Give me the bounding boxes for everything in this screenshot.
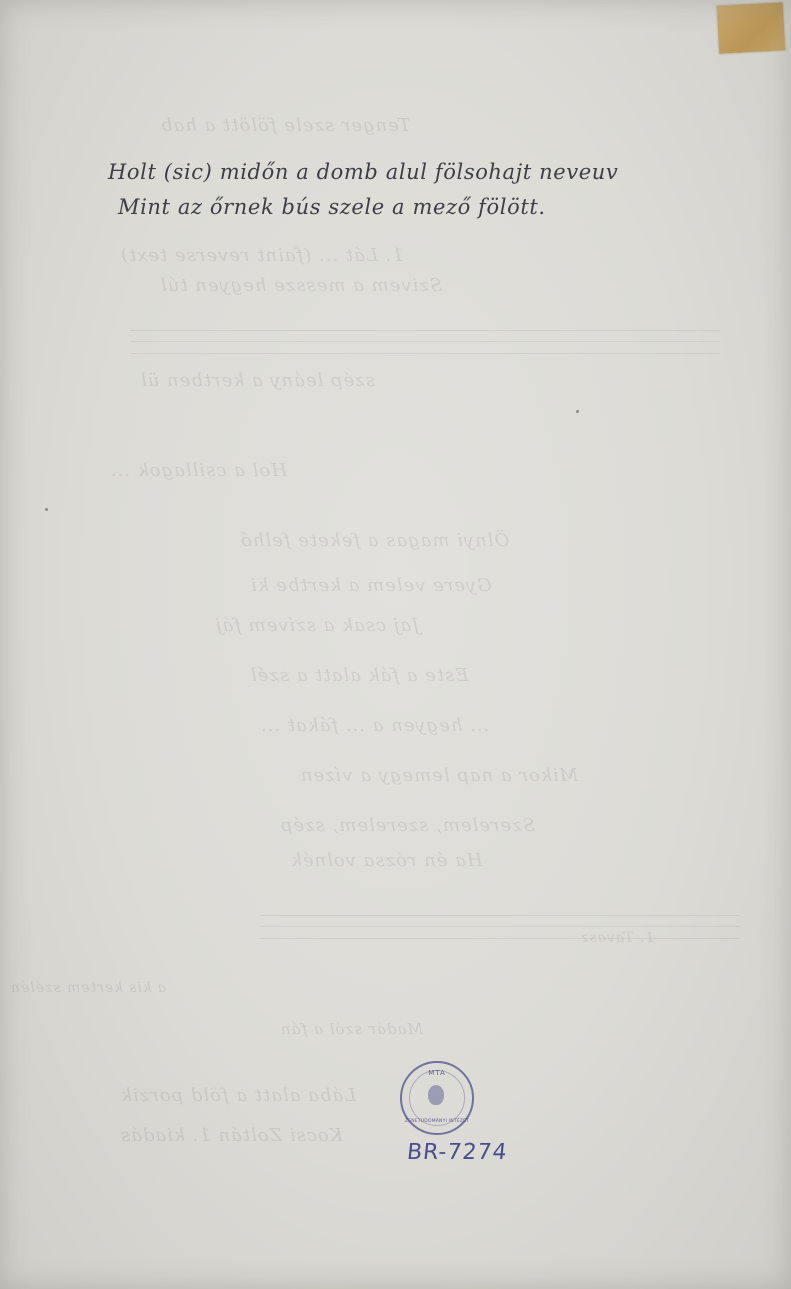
bleed-through-text: 1. Tavasz bbox=[580, 930, 654, 946]
bleed-through-text: 1. Lát ... (faint reverse text) bbox=[120, 245, 404, 266]
bleed-through-text: Mikor a nap lemegy a vízen bbox=[300, 765, 578, 786]
bleed-through-text: Kocsi Zoltán 1. kiadás bbox=[120, 1125, 343, 1146]
stamp-ring-text: ZENETUDOMÁNYI INTÉZET bbox=[402, 1119, 472, 1124]
bleed-through-text: Lába alatt a föld porzik bbox=[120, 1085, 356, 1106]
coat-of-arms-icon bbox=[428, 1085, 444, 1105]
shelfmark: BR-7274 bbox=[406, 1140, 509, 1165]
handwritten-line-2: Mint az őrnek bús szele a mező fölött. bbox=[118, 195, 546, 219]
page-edge-shadow bbox=[0, 0, 791, 1289]
bleed-through-staff bbox=[260, 915, 740, 939]
bleed-through-text: Szivem a messze hegyen túl bbox=[160, 275, 442, 296]
bleed-through-text: szép leány a kertben ül bbox=[140, 370, 375, 391]
paper-speck bbox=[576, 410, 579, 413]
bleed-through-staff bbox=[130, 330, 720, 354]
manuscript-page: Tenger szele fölött a hab 1. Lát ... (fa… bbox=[0, 0, 791, 1289]
bleed-through-text: Este a fák alatt a szél bbox=[250, 665, 468, 686]
stamp-top-text: MTA bbox=[402, 1069, 472, 1077]
adhesive-tape-corner bbox=[717, 2, 785, 53]
bleed-through-text: Szerelem, szerelem, szép bbox=[280, 815, 535, 836]
bleed-through-text: Hol a csillagok ... bbox=[110, 460, 287, 481]
institute-stamp: MTA ZENETUDOMÁNYI INTÉZET bbox=[400, 1061, 474, 1135]
bleed-through-text: Tenger szele fölött a hab bbox=[160, 115, 410, 136]
bleed-through-text: Ha én rózsa volnék bbox=[290, 850, 483, 871]
bleed-through-text: Jaj csak a szívem fáj bbox=[215, 615, 419, 636]
bleed-through-text: ... hegyen a ... fákat ... bbox=[260, 715, 489, 736]
bleed-through-text: a kis kertem szélén bbox=[10, 980, 166, 996]
bleed-through-text: Madár szól a fán bbox=[280, 1020, 423, 1038]
paper-speck bbox=[45, 508, 48, 511]
handwritten-line-1: Holt (sic) midőn a domb alul fölsohajt n… bbox=[108, 160, 618, 184]
bleed-through-text: Gyere velem a kertbe ki bbox=[250, 575, 492, 596]
bleed-through-text: Ölnyi magas a fekete felhő bbox=[240, 530, 509, 551]
